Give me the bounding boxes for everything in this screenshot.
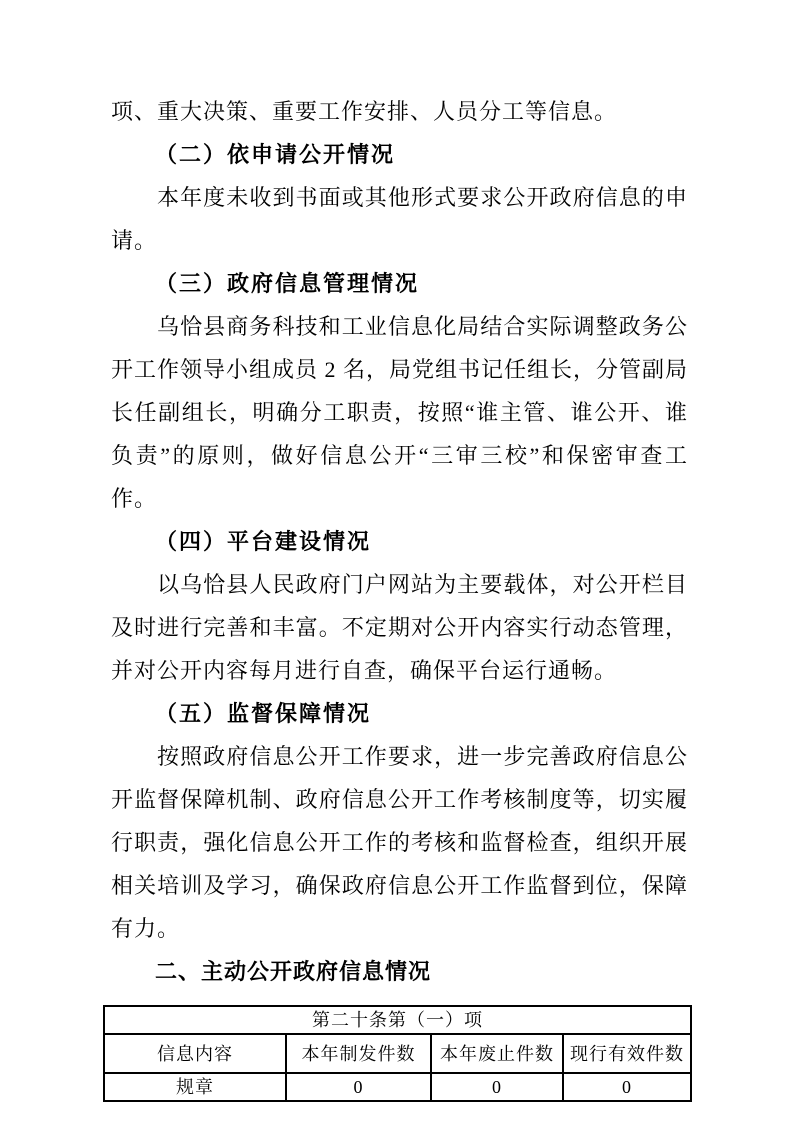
paragraph-continuation-line: 项、重大决策、重要工作安排、人员分工等信息。 bbox=[111, 90, 688, 133]
section-paragraph-3: 乌恰县商务科技和工业信息化局结合实际调整政务公开工作领导小组成员 2 名，局党组… bbox=[111, 305, 688, 520]
disclosure-statistics-table: 第二十条第（一）项 信息内容 本年制发件数 本年废止件数 现行有效件数 规章 0… bbox=[103, 1005, 692, 1102]
section-heading-2: （二）依申请公开情况 bbox=[111, 133, 688, 176]
section-heading-3: （三）政府信息管理情况 bbox=[111, 262, 688, 305]
table-cell-abolished-count: 0 bbox=[431, 1073, 563, 1101]
table-cell-issued-count: 0 bbox=[286, 1073, 431, 1101]
table-cell-category: 规章 bbox=[104, 1073, 286, 1101]
table-cell-valid-count: 0 bbox=[563, 1073, 691, 1101]
section-paragraph-4: 以乌恰县人民政府门户网站为主要载体，对公开栏目及时进行完善和丰富。不定期对公开内… bbox=[111, 563, 688, 692]
table-header-issued-this-year: 本年制发件数 bbox=[286, 1034, 431, 1073]
section-heading-4: （四）平台建设情况 bbox=[111, 520, 688, 563]
table-header-info-content: 信息内容 bbox=[104, 1034, 286, 1073]
table-caption-row: 第二十条第（一）项 bbox=[104, 1006, 691, 1034]
table-header-row: 信息内容 本年制发件数 本年废止件数 现行有效件数 bbox=[104, 1034, 691, 1073]
table-header-currently-valid: 现行有效件数 bbox=[563, 1034, 691, 1073]
table-header-abolished-this-year: 本年废止件数 bbox=[431, 1034, 563, 1073]
table-row: 规章 0 0 0 bbox=[104, 1073, 691, 1101]
section-paragraph-5: 按照政府信息公开工作要求，进一步完善政府信息公开监督保障机制、政府信息公开工作考… bbox=[111, 735, 688, 950]
section-paragraph-2: 本年度未收到书面或其他形式要求公开政府信息的申请。 bbox=[111, 176, 688, 262]
part-two-title: 二、主动公开政府信息情况 bbox=[111, 950, 688, 993]
section-heading-5: （五）监督保障情况 bbox=[111, 692, 688, 735]
table-caption: 第二十条第（一）项 bbox=[104, 1006, 691, 1034]
document-page: 项、重大决策、重要工作安排、人员分工等信息。 （二）依申请公开情况 本年度未收到… bbox=[0, 0, 793, 1122]
